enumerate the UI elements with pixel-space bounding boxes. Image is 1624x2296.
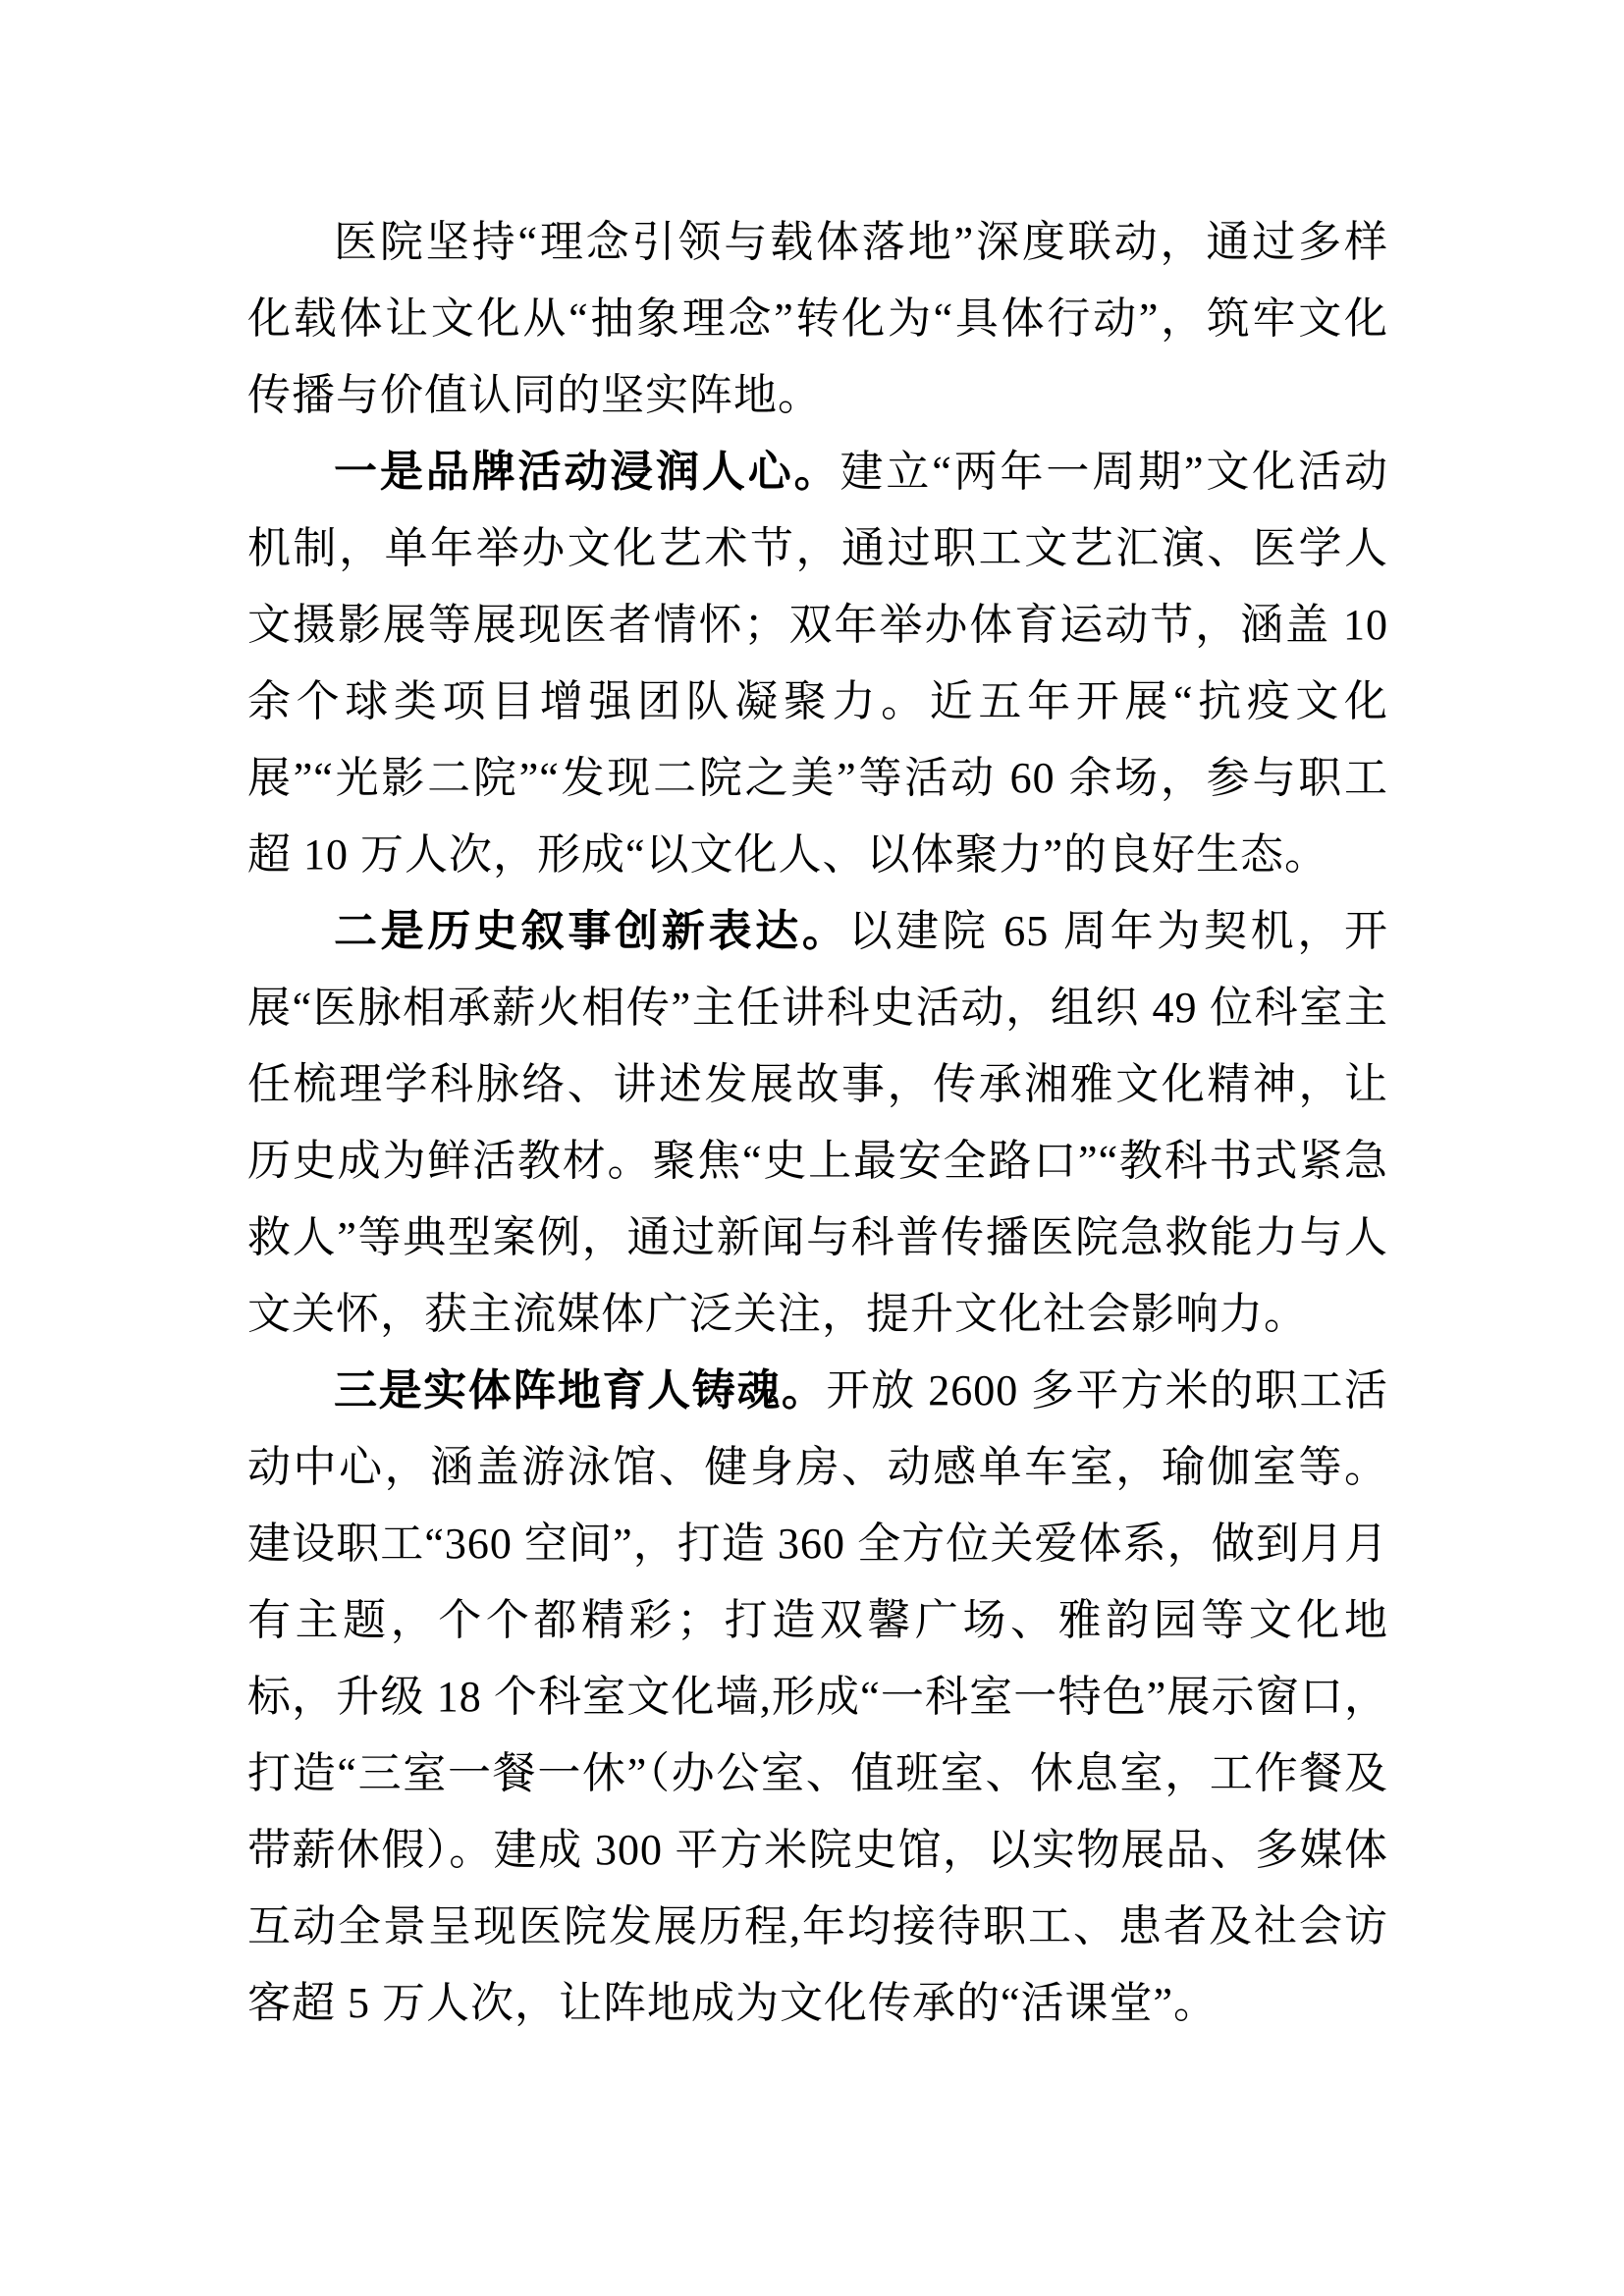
- paragraph-point-1-lead: 一是品牌活动浸润人心。: [334, 448, 840, 496]
- document-body: 医院坚持“理念引领与载体落地”深度联动，通过多样化载体让文化从“抽象理念”转化为…: [247, 204, 1388, 2042]
- paragraph-intro: 医院坚持“理念引领与载体落地”深度联动，通过多样化载体让文化从“抽象理念”转化为…: [247, 204, 1388, 434]
- paragraph-point-2-lead: 二是历史叙事创新表达。: [334, 907, 849, 955]
- paragraph-point-1-text: 建立“两年一周期”文化活动机制，单年举办文化艺术节，通过职工文艺汇演、医学人文摄…: [247, 448, 1388, 879]
- paragraph-point-3-lead: 三是实体阵地育人铸魂。: [334, 1366, 827, 1415]
- paragraph-point-3: 三是实体阵地育人铸魂。开放 2600 多平方米的职工活动中心，涵盖游泳馆、健身房…: [247, 1353, 1388, 2042]
- document-page: 医院坚持“理念引领与载体落地”深度联动，通过多样化载体让文化从“抽象理念”转化为…: [0, 0, 1624, 2296]
- paragraph-point-3-text: 开放 2600 多平方米的职工活动中心，涵盖游泳馆、健身房、动感单车室，瑜伽室等…: [247, 1366, 1388, 2027]
- paragraph-point-1: 一是品牌活动浸润人心。建立“两年一周期”文化活动机制，单年举办文化艺术节，通过职…: [247, 434, 1388, 893]
- paragraph-intro-text: 医院坚持“理念引领与载体落地”深度联动，通过多样化载体让文化从“抽象理念”转化为…: [247, 218, 1388, 419]
- paragraph-point-2-text: 以建院 65 周年为契机，开展“医脉相承薪火相传”主任讲科史活动，组织 49 位…: [247, 907, 1388, 1338]
- paragraph-point-2: 二是历史叙事创新表达。以建院 65 周年为契机，开展“医脉相承薪火相传”主任讲科…: [247, 893, 1388, 1353]
